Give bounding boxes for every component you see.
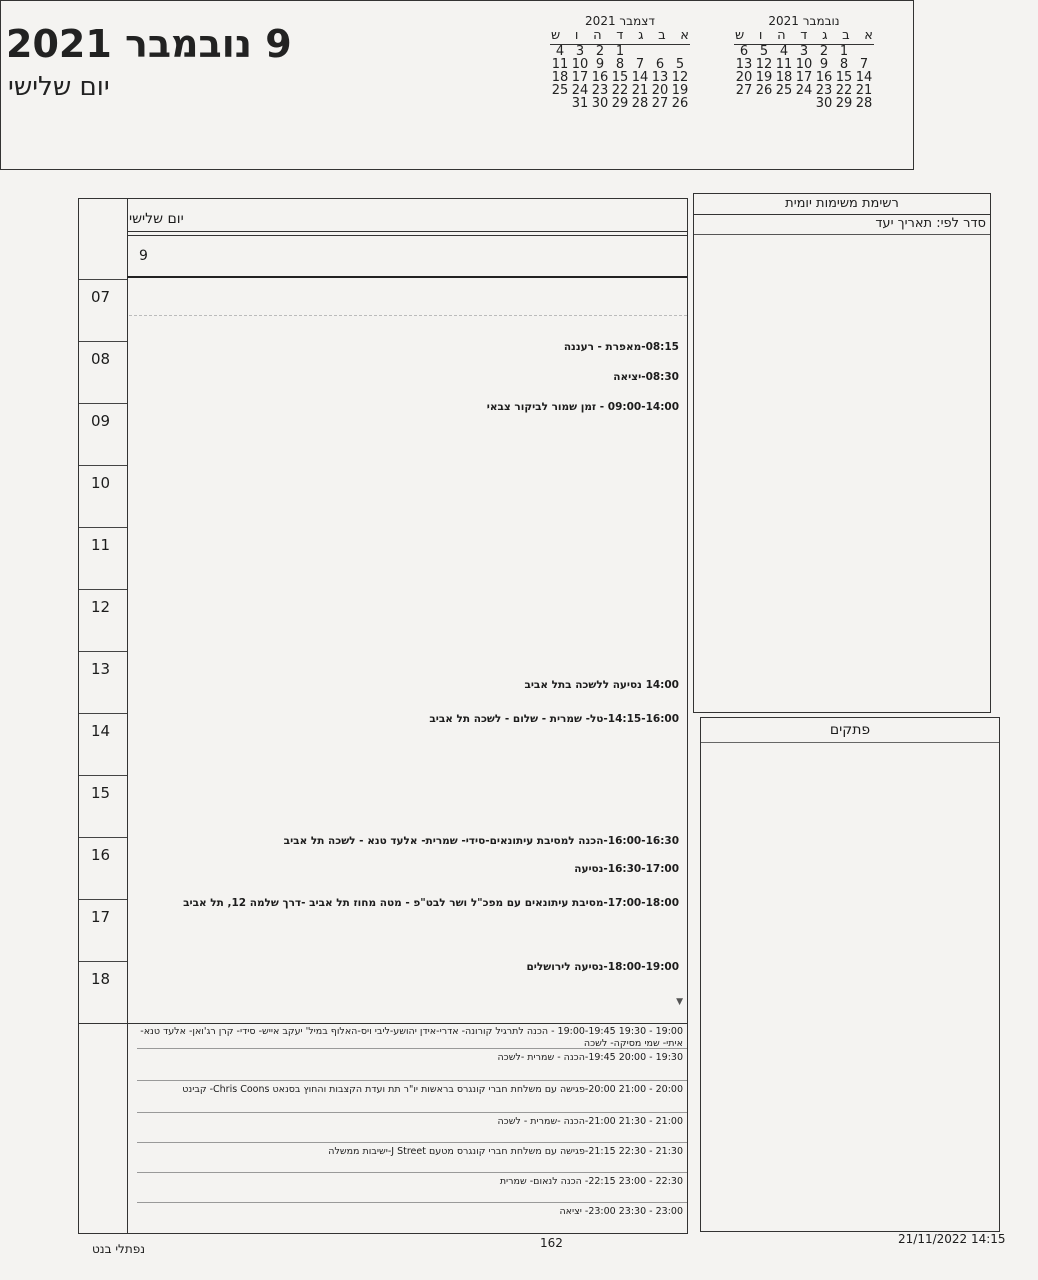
hour-row: 18 <box>79 961 127 1024</box>
weekday-label: ג <box>822 28 827 43</box>
notes-panel: פתקים <box>700 717 1000 1232</box>
calendar-day[interactable]: 30 <box>814 97 834 110</box>
mini-calendar-november: נובמבר 2021 אבגדהוש 12345678910111213141… <box>734 14 874 110</box>
hour-row: 17 <box>79 899 127 962</box>
hour-label: 12 <box>91 598 110 616</box>
hour-label: 09 <box>91 412 110 430</box>
hour-row: 10 <box>79 465 127 528</box>
day-name: יום שלישי <box>8 72 110 102</box>
hour-label: 07 <box>91 288 110 306</box>
footer-owner: נפתלי בנט <box>92 1242 145 1256</box>
weekday-label: ה <box>777 28 786 43</box>
calendar-event[interactable]: 09:00-14:00 - זמן שמור לביקור צבאי <box>487 401 679 413</box>
hour-label: 18 <box>91 970 110 988</box>
weekday-label: ג <box>638 28 643 43</box>
weekday-label: ו <box>759 28 763 43</box>
calendar-event[interactable]: 08:30-יציאה <box>613 371 679 383</box>
hour-row: 12 <box>79 589 127 652</box>
calendar-day[interactable]: 28 <box>630 97 650 110</box>
mini-calendar-weekdays: אבגדהוש <box>734 28 874 45</box>
weekday-label: ה <box>593 28 602 43</box>
evening-event[interactable]: 21:00 - 21:30 21:00-הכנה -שמרית - לשכה <box>137 1116 683 1128</box>
hour-row: 15 <box>79 775 127 838</box>
hour-label: 14 <box>91 722 110 740</box>
calendar-event[interactable]: 16:00-16:30-הכנה למסיבת עיתונאים-סידי- ש… <box>284 835 679 847</box>
weekday-label: ש <box>551 28 560 43</box>
calendar-event[interactable]: 17:00-18:00-מסיבת עיתונאים עם מפכ"ל ושר … <box>183 897 679 909</box>
tasks-panel-title: רשימת משימות יומית <box>694 194 990 215</box>
mini-calendar-title: נובמבר 2021 <box>734 14 874 28</box>
hour-row: 11 <box>79 527 127 590</box>
tasks-sort-label[interactable]: סדר לפי: תאריך יעד <box>694 214 990 235</box>
mini-calendar-title: דצמבר 2021 <box>550 14 690 28</box>
calendar-day <box>734 97 754 110</box>
calendar-day[interactable]: 28 <box>854 97 874 110</box>
evening-event[interactable]: 22:30 - 23:00 22:15- הכנה לנאום- שמרית <box>137 1176 683 1188</box>
divider <box>129 315 687 316</box>
day-header-label: יום שלישי <box>127 211 184 227</box>
evening-event[interactable]: 19:00 - 19:30 19:00-19:45 - הכנה לתרגיל … <box>137 1026 683 1050</box>
daily-tasks-panel: רשימת משימות יומית סדר לפי: תאריך יעד <box>693 193 991 713</box>
hour-row: 08 <box>79 341 127 404</box>
evening-event[interactable]: 23:00 - 23:30 23:00- יציאה <box>137 1206 683 1218</box>
divider <box>137 1048 687 1049</box>
calendar-event[interactable]: 18:00-19:00-נסיעה לירושלים <box>527 961 680 973</box>
weekday-label: ו <box>575 28 579 43</box>
weekday-label: ש <box>735 28 744 43</box>
calendar-day <box>774 97 794 110</box>
mini-calendar-days: 1234567891011121314151617181920212223242… <box>734 45 874 110</box>
footer-printed-at: 21/11/2022 14:15 <box>898 1232 1006 1246</box>
hour-row: 09 <box>79 403 127 466</box>
divider <box>137 1172 687 1173</box>
day-number: 9 <box>139 248 148 264</box>
hour-row: 07 <box>79 279 127 342</box>
date-title: 9 נובמבר 2021 <box>6 22 292 66</box>
day-header: יום שלישי <box>127 209 687 232</box>
calendar-day[interactable]: 27 <box>650 97 670 110</box>
calendar-day <box>754 97 774 110</box>
evening-events-list: 19:00 - 19:30 19:00-19:45 - הכנה לתרגיל … <box>79 1023 687 1233</box>
mini-calendar-days: 1234567891011121314151617181920212223242… <box>550 45 690 110</box>
page-header: 9 נובמבר 2021 יום שלישי דצמבר 2021 אבגדה… <box>0 0 914 170</box>
hour-row: 13 <box>79 651 127 714</box>
notes-panel-title: פתקים <box>701 718 999 743</box>
calendar-day[interactable]: 29 <box>834 97 854 110</box>
mini-calendar-weekdays: אבגדהוש <box>550 28 690 45</box>
hour-label: 08 <box>91 350 110 368</box>
hour-row: 16 <box>79 837 127 900</box>
hour-label: 11 <box>91 536 110 554</box>
evening-event[interactable]: 19:30 - 20:00 19:45-הכנה - שמרית -לשכה <box>137 1052 683 1064</box>
calendar-day[interactable]: 26 <box>670 97 690 110</box>
calendar-day[interactable]: 31 <box>570 97 590 110</box>
footer-page-number: 162 <box>540 1236 563 1250</box>
weekday-label: א <box>864 28 873 43</box>
divider <box>137 1142 687 1143</box>
calendar-event[interactable]: 16:30-17:00-נסיעה <box>574 863 679 875</box>
calendar-day[interactable]: 30 <box>590 97 610 110</box>
weekday-label: ד <box>800 28 807 43</box>
mini-calendar-december: דצמבר 2021 אבגדהוש 123456789101112131415… <box>550 14 690 110</box>
hour-label: 15 <box>91 784 110 802</box>
divider <box>137 1202 687 1203</box>
calendar-day[interactable]: 29 <box>610 97 630 110</box>
weekday-label: ב <box>658 28 666 43</box>
divider <box>137 1080 687 1081</box>
hour-label: 10 <box>91 474 110 492</box>
divider <box>137 1112 687 1113</box>
hour-label: 16 <box>91 846 110 864</box>
calendar-day <box>550 97 570 110</box>
day-schedule-panel: יום שלישי 9 070809101112131415161718 08:… <box>78 198 688 1234</box>
weekday-label: א <box>680 28 689 43</box>
evening-event[interactable]: 20:00 - 21:00 20:00-פגישה עם משלחת חברי … <box>137 1084 683 1096</box>
calendar-event[interactable]: 14:00 נסיעה ללשכה בתל אביב <box>524 679 679 691</box>
calendar-event[interactable]: 08:15-מאפרת - רעננה <box>564 341 679 353</box>
evening-event[interactable]: 21:30 - 22:30 21:15-פגישה עם משלחת חברי … <box>137 1146 683 1158</box>
day-number-row: 9 <box>127 235 687 278</box>
calendar-event[interactable]: 14:15-16:00-טל- שמרית - שלום - לשכה תל א… <box>429 713 679 725</box>
hour-label: 13 <box>91 660 110 678</box>
hour-label: 17 <box>91 908 110 926</box>
more-events-arrow-icon[interactable]: ▼ <box>676 997 683 1007</box>
weekday-label: ב <box>842 28 850 43</box>
hour-row: 14 <box>79 713 127 776</box>
weekday-label: ד <box>616 28 623 43</box>
calendar-day <box>794 97 814 110</box>
